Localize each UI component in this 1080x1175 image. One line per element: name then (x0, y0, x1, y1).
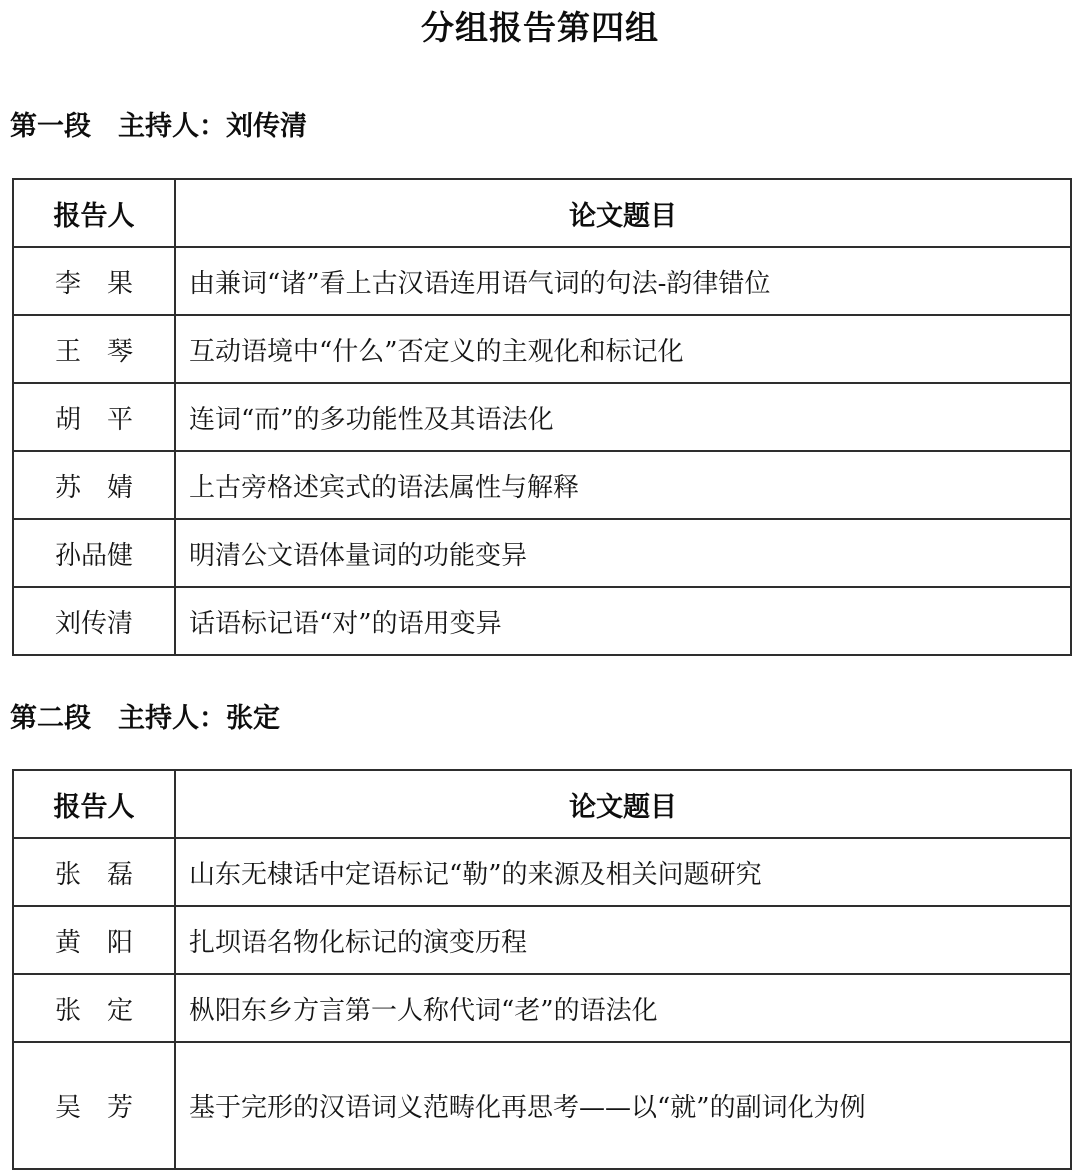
presenter-name: 刘传清 (13, 587, 175, 655)
table-2-column-header-paper-title: 论文题目 (175, 770, 1071, 838)
presenter-name: 苏 婧 (13, 451, 175, 519)
paper-title: 话语标记语“对”的语用变异 (175, 587, 1071, 655)
table-1-column-header-paper-title: 论文题目 (175, 179, 1071, 247)
table-1-header-row: 报告人 论文题目 (13, 179, 1071, 247)
section-1-heading: 第一段 主持人：刘传清 (10, 110, 1080, 144)
table-row: 孙品健 明清公文语体量词的功能变异 (13, 519, 1071, 587)
presenter-name: 张 磊 (13, 838, 175, 906)
table-2-header-row: 报告人 论文题目 (13, 770, 1071, 838)
table-row: 苏 婧 上古旁格述宾式的语法属性与解释 (13, 451, 1071, 519)
presenter-name: 胡 平 (13, 383, 175, 451)
document-page: 分组报告第四组 第一段 主持人：刘传清 报告人 论文题目 李 果 由兼词“诸”看… (0, 0, 1080, 1175)
table-row: 张 定 枞阳东乡方言第一人称代词“老”的语法化 (13, 974, 1071, 1042)
page-title: 分组报告第四组 (0, 9, 1080, 47)
table-row: 刘传清 话语标记语“对”的语用变异 (13, 587, 1071, 655)
presenter-name: 吴 芳 (13, 1042, 175, 1169)
table-row: 张 磊 山东无棣话中定语标记“勒”的来源及相关问题研究 (13, 838, 1071, 906)
presenter-name: 孙品健 (13, 519, 175, 587)
table-1-column-header-presenter: 报告人 (13, 179, 175, 247)
table-row: 王 琴 互动语境中“什么”否定义的主观化和标记化 (13, 315, 1071, 383)
table-row: 李 果 由兼词“诸”看上古汉语连用语气词的句法-韵律错位 (13, 247, 1071, 315)
table-row: 吴 芳 基于完形的汉语词义范畴化再思考——以“就”的副词化为例 (13, 1042, 1071, 1169)
presenter-name: 王 琴 (13, 315, 175, 383)
paper-title: 基于完形的汉语词义范畴化再思考——以“就”的副词化为例 (175, 1042, 1071, 1169)
table-row: 胡 平 连词“而”的多功能性及其语法化 (13, 383, 1071, 451)
paper-title: 由兼词“诸”看上古汉语连用语气词的句法-韵律错位 (175, 247, 1071, 315)
paper-title: 上古旁格述宾式的语法属性与解释 (175, 451, 1071, 519)
paper-title: 连词“而”的多功能性及其语法化 (175, 383, 1071, 451)
section-2-heading: 第二段 主持人：张定 (10, 702, 1080, 736)
table-row: 黄 阳 扎坝语名物化标记的演变历程 (13, 906, 1071, 974)
presenter-name: 李 果 (13, 247, 175, 315)
presenter-name: 张 定 (13, 974, 175, 1042)
report-table-2: 报告人 论文题目 张 磊 山东无棣话中定语标记“勒”的来源及相关问题研究 黄 阳… (12, 769, 1072, 1170)
paper-title: 扎坝语名物化标记的演变历程 (175, 906, 1071, 974)
paper-title: 互动语境中“什么”否定义的主观化和标记化 (175, 315, 1071, 383)
report-table-1: 报告人 论文题目 李 果 由兼词“诸”看上古汉语连用语气词的句法-韵律错位 王 … (12, 178, 1072, 656)
presenter-name: 黄 阳 (13, 906, 175, 974)
paper-title: 山东无棣话中定语标记“勒”的来源及相关问题研究 (175, 838, 1071, 906)
table-2-column-header-presenter: 报告人 (13, 770, 175, 838)
paper-title: 枞阳东乡方言第一人称代词“老”的语法化 (175, 974, 1071, 1042)
paper-title: 明清公文语体量词的功能变异 (175, 519, 1071, 587)
